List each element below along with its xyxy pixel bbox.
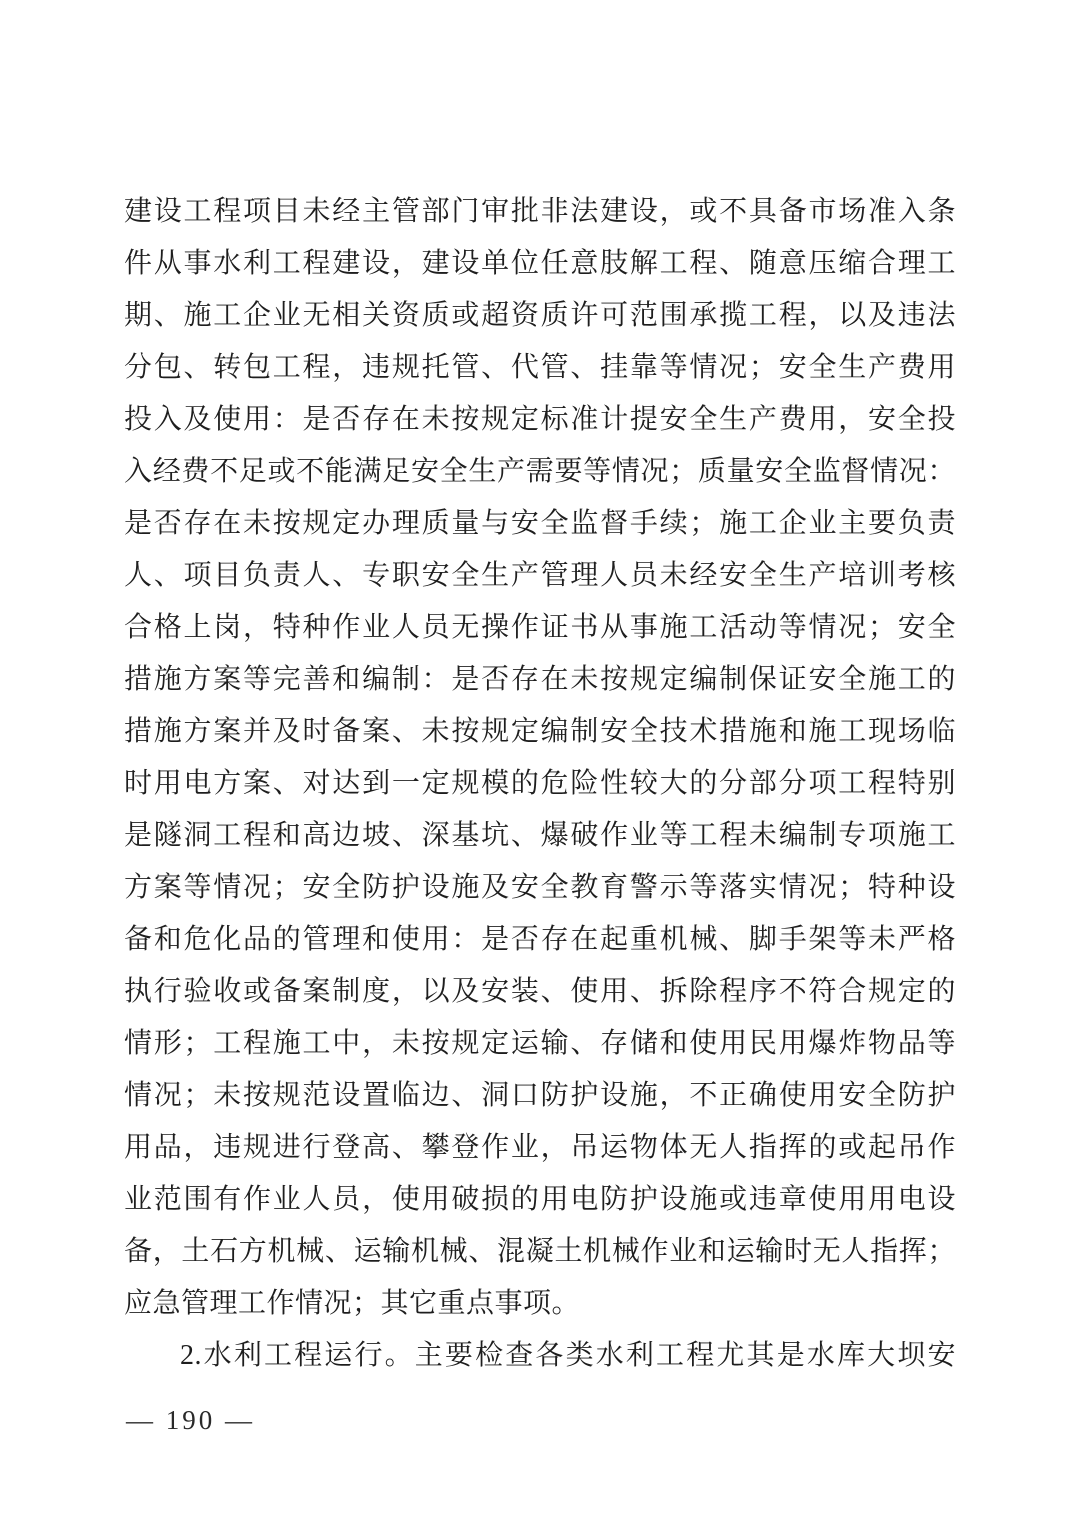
text-line: 期、施工企业无相关资质或超资质许可范围承揽工程，以及违法 [124,290,956,342]
text-line: 应急管理工作情况；其它重点事项。 [124,1278,956,1330]
page-number: — 190 — [126,1405,255,1435]
body-text: 建设工程项目未经主管部门审批非法建设，或不具备市场准入条 件从事水利工程建设，建… [124,186,956,1382]
text-line: 情况；未按规范设置临边、洞口防护设施，不正确使用安全防护 [124,1070,956,1122]
text-line: 用品，违规进行登高、攀登作业，吊运物体无人指挥的或起吊作 [124,1122,956,1174]
text-line: 人、项目负责人、专职安全生产管理人员未经安全生产培训考核 [124,550,956,602]
text-line: 合格上岗，特种作业人员无操作证书从事施工活动等情况；安全 [124,602,956,654]
text-line: 措施方案等完善和编制：是否存在未按规定编制保证安全施工的 [124,654,956,706]
text-line: 是隧洞工程和高边坡、深基坑、爆破作业等工程未编制专项施工 [124,810,956,862]
text-line: 情形；工程施工中，未按规定运输、存储和使用民用爆炸物品等 [124,1018,956,1070]
text-line: 是否存在未按规定办理质量与安全监督手续；施工企业主要负责 [124,498,956,550]
text-line: 备和危化品的管理和使用：是否存在起重机械、脚手架等未严格 [124,914,956,966]
page-footer: — 190 — [126,1400,255,1440]
text-line: 入经费不足或不能满足安全生产需要等情况；质量安全监督情况： [124,446,956,498]
text-line: 时用电方案、对达到一定规模的危险性较大的分部分项工程特别 [124,758,956,810]
text-line-paragraph-start: 2.水利工程运行。主要检查各类水利工程尤其是水库大坝安 [124,1330,956,1382]
text-line: 分包、转包工程，违规托管、代管、挂靠等情况；安全生产费用 [124,342,956,394]
text-line: 业范围有作业人员，使用破损的用电防护设施或违章使用用电设 [124,1174,956,1226]
text-line: 方案等情况；安全防护设施及安全教育警示等落实情况；特种设 [124,862,956,914]
document-page: 建设工程项目未经主管部门审批非法建设，或不具备市场准入条 件从事水利工程建设，建… [0,0,1074,1520]
text-line: 备，土石方机械、运输机械、混凝土机械作业和运输时无人指挥； [124,1226,956,1278]
text-line: 建设工程项目未经主管部门审批非法建设，或不具备市场准入条 [124,186,956,238]
text-line: 措施方案并及时备案、未按规定编制安全技术措施和施工现场临 [124,706,956,758]
text-line: 件从事水利工程建设，建设单位任意肢解工程、随意压缩合理工 [124,238,956,290]
text-line: 投入及使用：是否存在未按规定标准计提安全生产费用，安全投 [124,394,956,446]
text-line: 执行验收或备案制度，以及安装、使用、拆除程序不符合规定的 [124,966,956,1018]
